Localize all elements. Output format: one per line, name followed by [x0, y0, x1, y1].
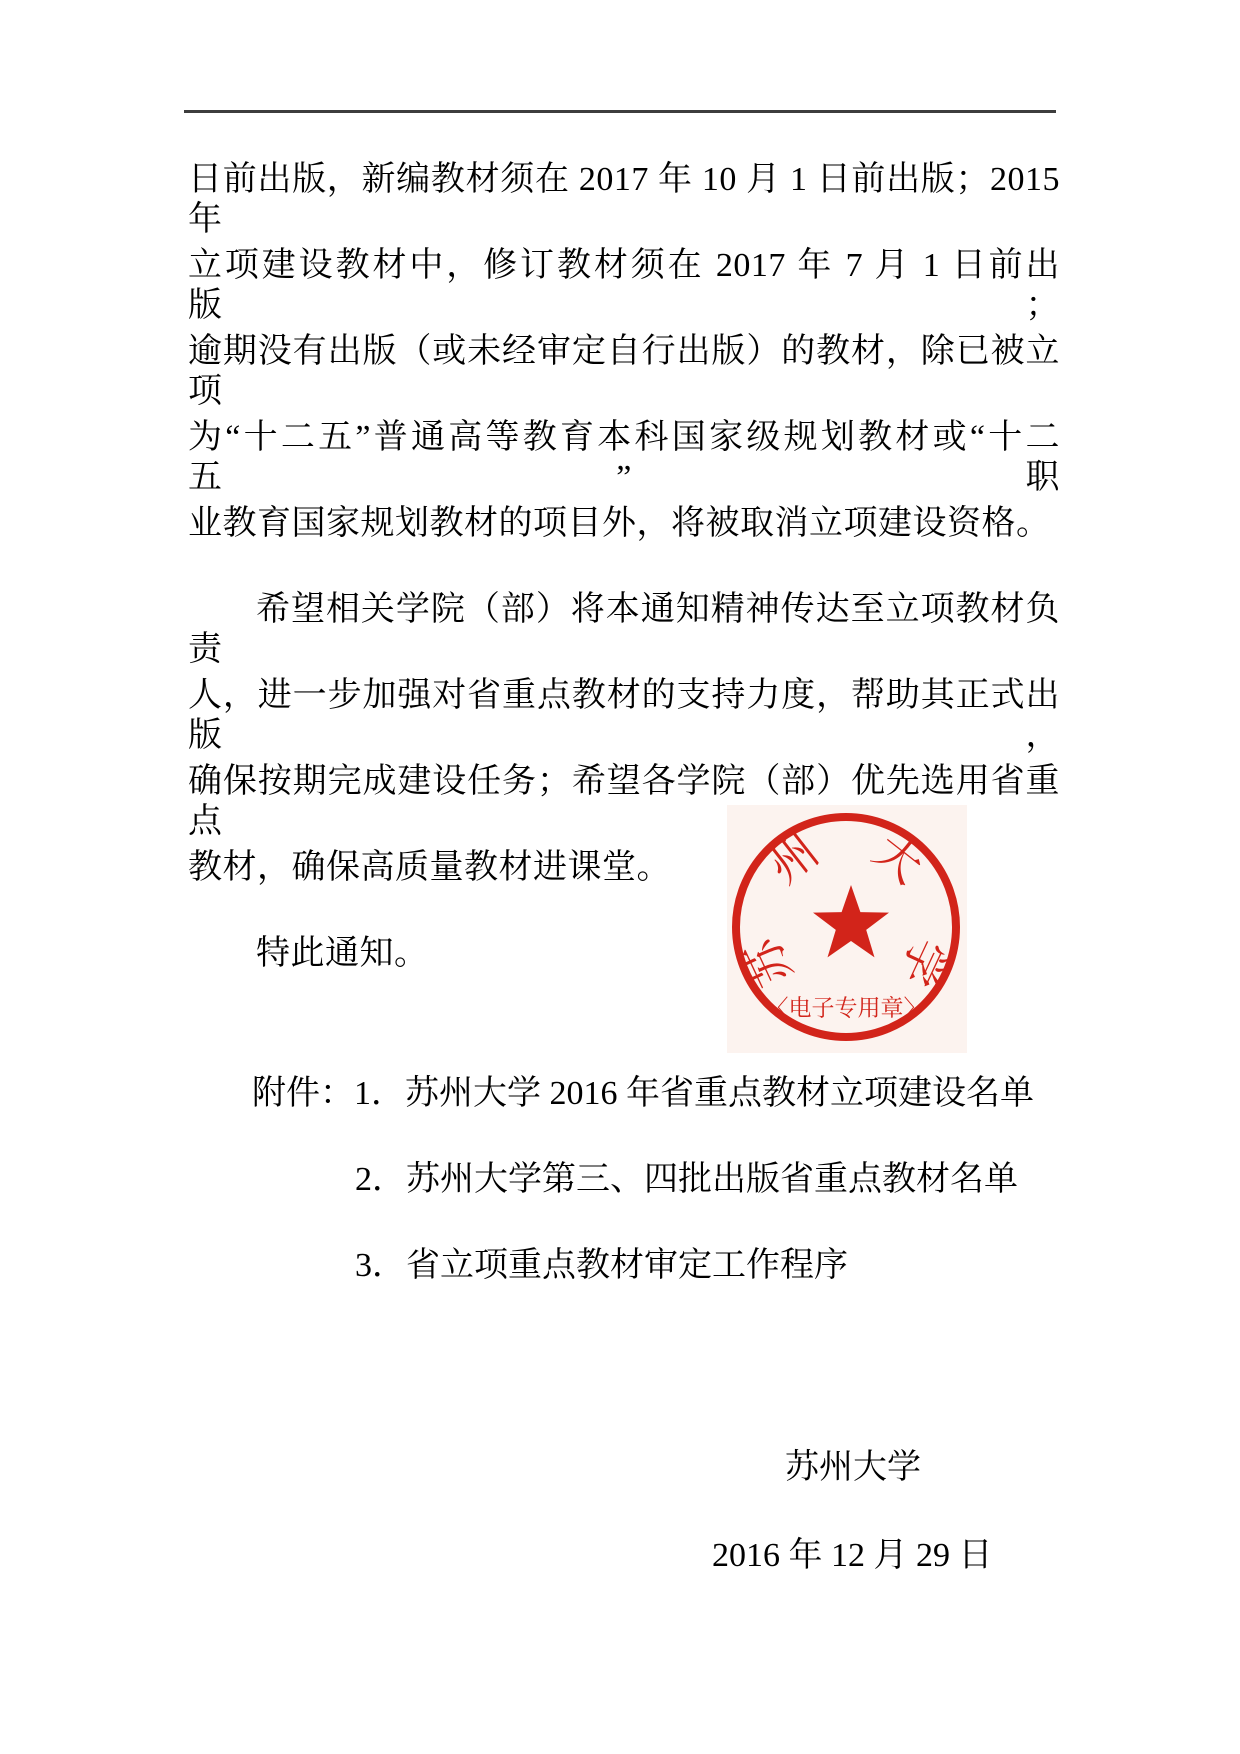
header-rule [184, 110, 1056, 113]
body-line-3: 逾期没有出版（或未经审定自行出版）的教材，除已被立项 [188, 332, 1060, 412]
body-line-1: 日前出版，新编教材须在 2017 年 10 月 1 日前出版；2015 年 [188, 160, 1060, 240]
body-line-4: 为“十二五”普通高等教育本科国家级规划教材或“十二五”职 [188, 418, 1060, 498]
body-line-6: 希望相关学院（部）将本通知精神传达至立项教材负责 [188, 590, 1060, 670]
body-line-7: 人，进一步加强对省重点教材的支持力度，帮助其正式出版， [188, 676, 1060, 756]
document-page: 苏 州 大 学 〈电子专用章〉 日前出版，新编教材须在 2017 年 10 月 … [0, 0, 1240, 1754]
body-line-9: 教材，确保高质量教材进课堂。 [188, 848, 1060, 888]
attachment-line-2: 2．苏州大学第三、四批出版省重点教材名单 [355, 1160, 1018, 1200]
attachment-line-3: 3．省立项重点教材审定工作程序 [355, 1246, 848, 1286]
attachment-line-1: 附件：1．苏州大学 2016 年省重点教材立项建设名单 [252, 1074, 1034, 1114]
body-line-2: 立项建设教材中，修订教材须在 2017 年 7 月 1 日前出版； [188, 246, 1060, 326]
seal-graphic: 苏 州 大 学 〈电子专用章〉 [727, 805, 967, 1053]
signature-org: 苏州大学 [785, 1448, 921, 1488]
body-line-8: 确保按期完成建设任务；希望各学院（部）优先选用省重点 [188, 762, 1060, 842]
body-line-5: 业教育国家规划教材的项目外，将被取消立项建设资格。 [188, 504, 1060, 544]
seal-label: 〈电子专用章〉 [766, 996, 927, 1021]
official-seal: 苏 州 大 学 〈电子专用章〉 [727, 805, 967, 1053]
body-line-10: 特此通知。 [188, 934, 1060, 974]
signature-date: 2016 年 12 月 29 日 [712, 1536, 993, 1576]
